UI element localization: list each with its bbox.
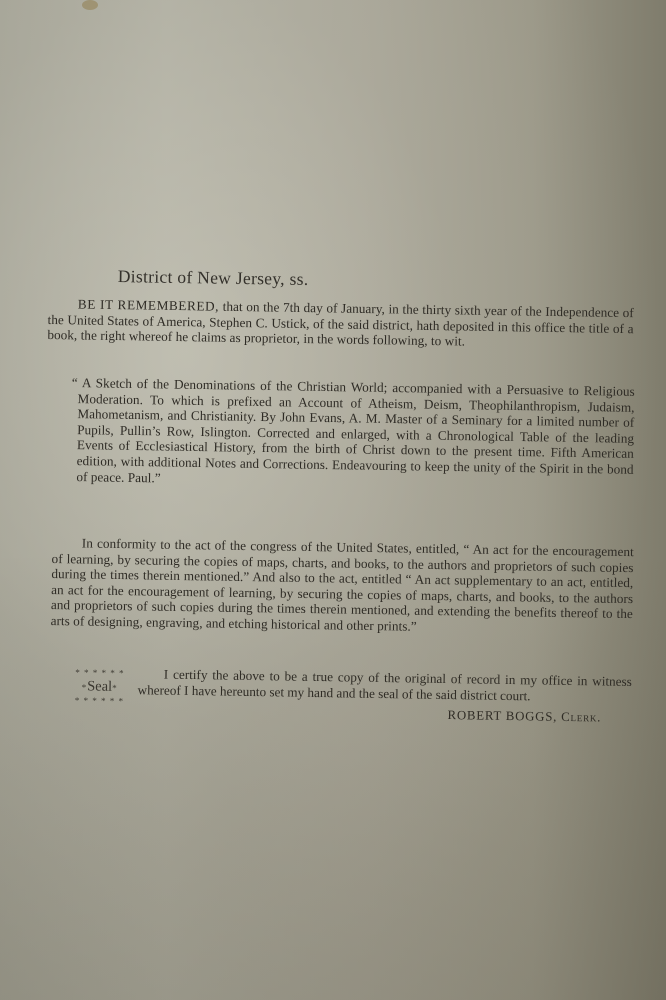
conformity-paragraph: In conformity to the act of the congress…: [51, 535, 634, 638]
conformity-text: In conformity to the act of the congress…: [51, 535, 634, 638]
court-seal: * * * * * * *Seal* * * * * * *: [67, 666, 132, 709]
seal-label: Seal: [87, 678, 112, 694]
book-title-text: “ A Sketch of the Denominations of the C…: [70, 375, 635, 493]
district-heading: District of New Jersey, ss.: [118, 266, 309, 290]
book-title-quote: “ A Sketch of the Denominations of the C…: [70, 375, 635, 493]
document-page: District of New Jersey, ss. BE IT REMEMB…: [0, 0, 666, 1000]
paper-stain: [82, 0, 98, 10]
certification-block: * * * * * * *Seal* * * * * * * I certify…: [61, 665, 632, 727]
seal-bottom-border: * * * * * *: [67, 694, 131, 709]
remembered-lead: BE IT REMEMBERED,: [78, 296, 219, 313]
clerk-signature: ROBERT BOGGS, Clerk.: [61, 702, 631, 727]
seal-right-star: *: [112, 682, 118, 692]
certification-text: I certify the above to be a true copy of…: [138, 666, 632, 705]
remembered-paragraph: BE IT REMEMBERED, that on the 7th day of…: [47, 296, 634, 352]
